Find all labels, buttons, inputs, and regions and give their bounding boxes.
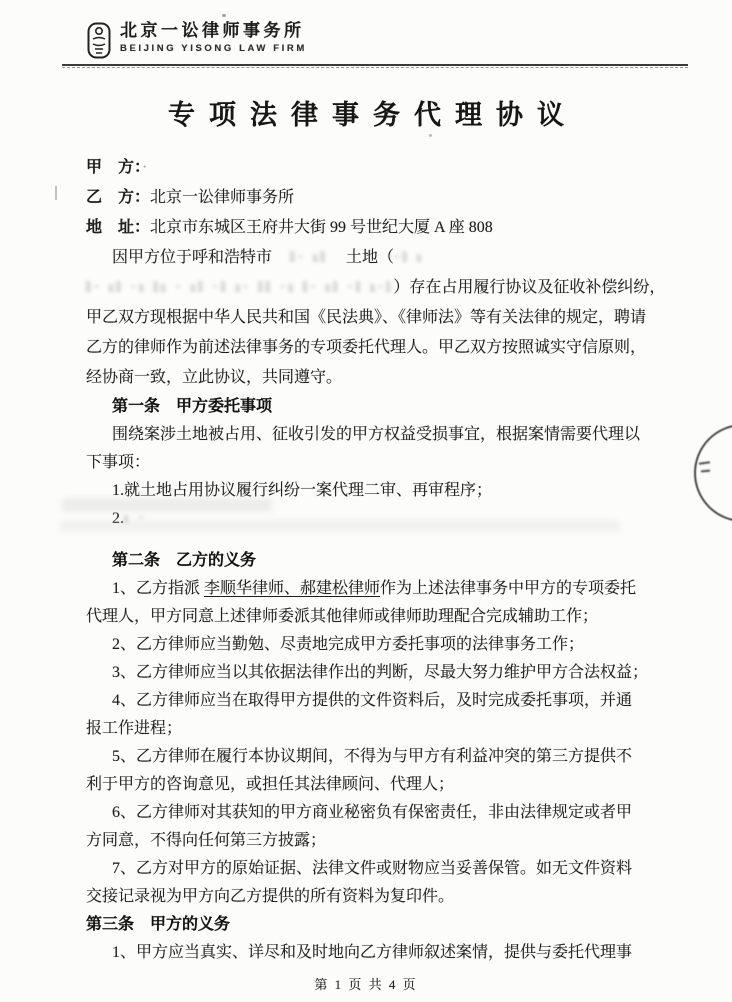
firm-name-chinese: 北京一讼律师事务所 — [120, 22, 307, 39]
article-3-item-1: 1、甲方应当真实、详尽和及时地向乙方律师叙述案情，提供与委托代理事 — [86, 939, 732, 967]
article-2-item-6-line-1: 6、乙方律师对其获知的甲方商业秘密负有保密责任，非由法律规定或者甲 — [86, 799, 732, 827]
party-b-value: 北京一讼律师事务所 — [150, 189, 294, 206]
item-text: 作为上述法律事务中甲方的专项委托 — [380, 580, 636, 597]
article-2-heading: 第二条 乙方的义务 — [86, 547, 732, 575]
article-2-item-6-line-2: 方同意，不得向任何第三方披露； — [86, 827, 732, 855]
redaction-smudge: ·l ı — [394, 245, 424, 272]
firm-seal-icon — [87, 22, 111, 59]
preamble-line-5: 经协商一致，立此协议，共同遵守。 — [86, 363, 732, 393]
preamble-line-4: 乙方的律师作为前述法律事务的专项委托代理人。甲乙双方按照诚实守信原则， — [86, 333, 732, 363]
scan-artifact — [429, 134, 432, 137]
section-gap — [86, 533, 732, 547]
preamble-line-3: 甲乙双方现根据中华人民共和国《民法典》、《律师法》等有关法律的规定，聘请 — [86, 303, 732, 333]
document-title: 专项法律事务代理协议 — [0, 93, 732, 132]
preamble-text: 土地（ — [346, 249, 394, 266]
party-b-line: 乙 方：北京一讼律师事务所 — [86, 183, 732, 213]
article-1-body-line-1: 围绕案涉土地被占用、征收引发的甲方权益受损事宜，根据案情需要代理以 — [86, 421, 732, 449]
scan-artifact — [222, 14, 226, 17]
article-1: 第一条 甲方委托事项 围绕案涉土地被占用、征收引发的甲方权益受损事宜，根据案情需… — [86, 393, 732, 533]
redacted-blank: l· ıl — [272, 243, 346, 273]
party-a-line: 甲 方：· — [86, 153, 732, 183]
article-2-item-7-line-1: 7、乙方对甲方的原始证据、法律文件或财物应当妥善保管。如无文件资料 — [86, 855, 732, 883]
page-number-footer: 第 1 页 共 4 页 — [0, 974, 732, 993]
article-2-item-1-line-2: 代理人，甲方同意上述律师委派其他律师或律师助理配合完成辅助工作； — [86, 603, 732, 631]
preamble-text: 因甲方位于呼和浩特市 — [112, 249, 272, 266]
letterhead-rule-secondary — [62, 67, 688, 68]
address-line: 地 址：北京市东城区王府井大街 99 号世纪大厦 A 座 808 — [86, 213, 732, 243]
document-body: 甲 方：· 乙 方：北京一讼律师事务所 地 址：北京市东城区王府井大街 99 号… — [0, 153, 732, 967]
article-1-heading: 第一条 甲方委托事项 — [86, 393, 732, 421]
article-2-item-5-line-1: 5、乙方律师在履行本协议期间，不得为与甲方有利益冲突的第三方提供不 — [86, 743, 732, 771]
article-2-item-7-line-2: 交接记录视为甲方向乙方提供的所有资料为复印件。 — [86, 883, 732, 911]
appointed-lawyers-names: 李顺华律师、郝建松律师 — [204, 580, 380, 597]
address-value: 北京市东城区王府井大街 99 号世纪大厦 A 座 808 — [150, 219, 493, 236]
scan-artifact — [60, 520, 620, 532]
article-2-item-2: 2、乙方律师应当勤勉、尽责地完成甲方委托事项的法律事务工作； — [86, 631, 732, 659]
letterhead: 北京一讼律师事务所 BEIJING YISONG LAW FIRM — [0, 0, 732, 59]
article-3-heading: 第三条 甲方的义务 — [86, 911, 732, 939]
preamble-line-2: l· ıl ·ı lı · ıl ·l ı· ll ·ı l· ıl ·l ı·… — [86, 273, 732, 303]
address-label: 地 址： — [86, 219, 150, 236]
party-a-redaction-mark: · — [142, 159, 147, 176]
preamble-line-1: 因甲方位于呼和浩特市l· ıl土地（·l ı — [86, 243, 732, 273]
scan-artifact — [62, 498, 272, 512]
article-2: 第二条 乙方的义务 1、乙方指派 李顺华律师、郝建松律师作为上述法律事务中甲方的… — [86, 547, 732, 911]
article-2-item-3: 3、乙方律师应当以其依据法律作出的判断，尽最大努力维护甲方合法权益； — [86, 659, 732, 687]
article-2-item-4-line-1: 4、乙方律师应当在取得甲方提供的文件资料后，及时完成委托事项，并通 — [86, 687, 732, 715]
article-2-item-5-line-2: 利于甲方的咨询意见，或担任其法律顾问、代理人； — [86, 771, 732, 799]
redaction-smudge: l· ıl ·ı lı · ıl ·l ı· ll ·ı l· ıl ·l ı·… — [86, 275, 393, 302]
scan-artifact — [55, 186, 57, 200]
document-page: 北京一讼律师事务所 BEIJING YISONG LAW FIRM 专项法律事务… — [0, 0, 732, 1002]
preamble-text: ）存在占用履行协议及征收补偿纠纷， — [393, 279, 665, 296]
firm-name-english: BEIJING YISONG LAW FIRM — [120, 44, 307, 54]
redaction-smudge: l· ıl — [290, 245, 328, 272]
party-a-label: 甲 方： — [86, 159, 142, 176]
party-b-label: 乙 方： — [86, 189, 150, 206]
article-2-item-4-line-2: 报工作进程； — [86, 715, 732, 743]
item-text: 1、乙方指派 — [112, 580, 204, 597]
firm-name-block: 北京一讼律师事务所 BEIJING YISONG LAW FIRM — [120, 22, 307, 54]
article-2-item-1-line-1: 1、乙方指派 李顺华律师、郝建松律师作为上述法律事务中甲方的专项委托 — [86, 575, 732, 603]
letterhead-rule — [62, 64, 688, 66]
article-3: 第三条 甲方的义务 1、甲方应当真实、详尽和及时地向乙方律师叙述案情，提供与委托… — [86, 911, 732, 967]
article-1-body-line-2: 下事项： — [86, 449, 732, 477]
